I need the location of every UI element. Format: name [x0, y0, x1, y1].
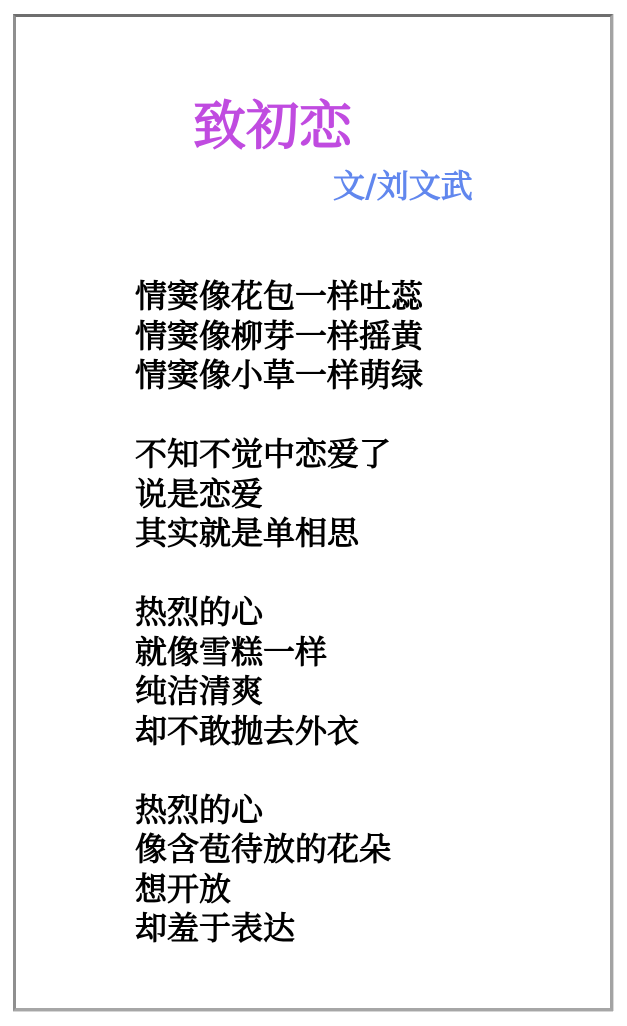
- poem-line: 热烈的心: [135, 593, 423, 633]
- poem-stanza: 情窦像花包一样吐蕊情窦像柳芽一样摇黄情窦像小草一样萌绿: [135, 277, 423, 396]
- poem-line: 情窦像花包一样吐蕊: [135, 277, 423, 317]
- page-title: 致初恋: [193, 100, 352, 153]
- poem-line: 像含苞待放的花朵: [135, 830, 423, 870]
- poem-line: 情窦像小草一样萌绿: [135, 356, 423, 396]
- poem-line: 纯洁清爽: [135, 672, 423, 712]
- poem-line: 却不敢抛去外衣: [135, 712, 423, 752]
- poem-line: 就像雪糕一样: [135, 633, 423, 673]
- poem: 情窦像花包一样吐蕊情窦像柳芽一样摇黄情窦像小草一样萌绿不知不觉中恋爱了说是恋爱其…: [135, 277, 423, 988]
- poem-stanza: 不知不觉中恋爱了说是恋爱其实就是单相思: [135, 435, 423, 554]
- poem-line: 情窦像柳芽一样摇黄: [135, 317, 423, 357]
- poem-stanza: 热烈的心就像雪糕一样纯洁清爽却不敢抛去外衣: [135, 593, 423, 751]
- poem-line: 说是恋爱: [135, 475, 423, 515]
- poem-line: 其实就是单相思: [135, 514, 423, 554]
- poem-line: 却羞于表达: [135, 909, 423, 949]
- page-frame: 致初恋 文/刘文武 情窦像花包一样吐蕊情窦像柳芽一样摇黄情窦像小草一样萌绿不知不…: [13, 14, 613, 1011]
- poem-stanza: 热烈的心像含苞待放的花朵想开放却羞于表达: [135, 791, 423, 949]
- poem-line: 热烈的心: [135, 791, 423, 831]
- poem-line: 想开放: [135, 870, 423, 910]
- poem-line: 不知不觉中恋爱了: [135, 435, 423, 475]
- byline: 文/刘文武: [333, 169, 473, 203]
